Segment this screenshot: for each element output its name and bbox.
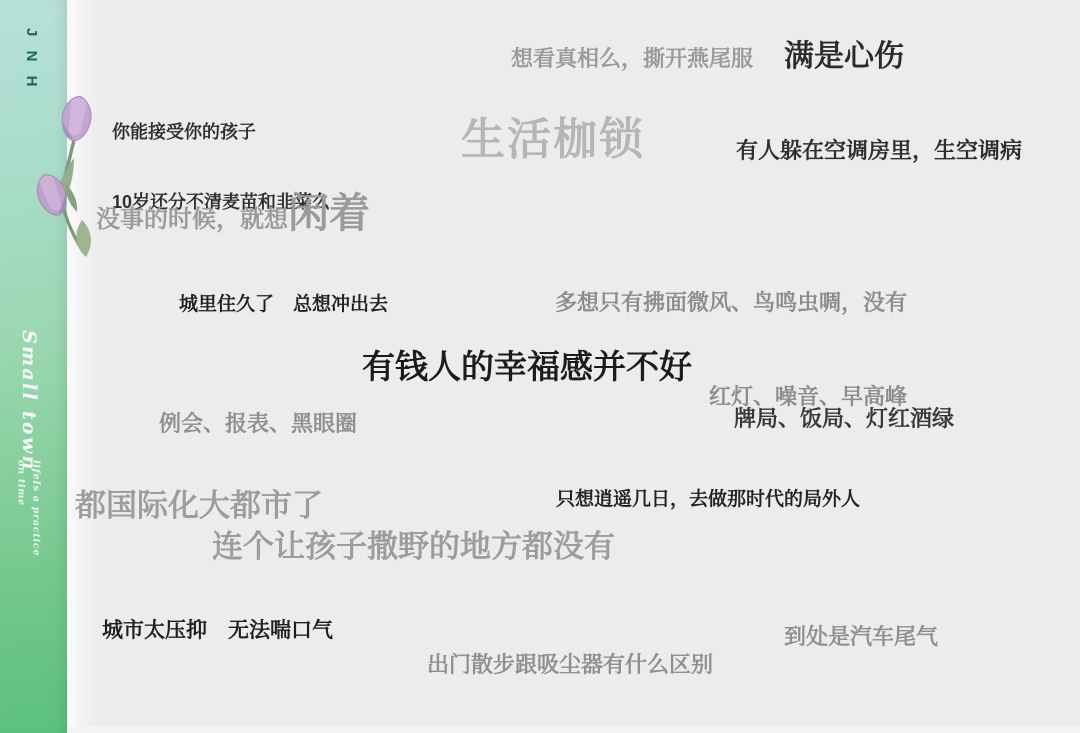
quote-idle-emphasis: 闲着 <box>288 190 370 236</box>
sidebar-title: Small town <box>18 330 40 472</box>
quote-rush-out: 城里住久了 总想冲出去 <box>179 294 388 317</box>
quote-meetings: 例会、报表、黑眼圈 <box>159 411 357 437</box>
tulip-flower-icon <box>22 94 112 258</box>
sidebar-tagline-line2: on time <box>13 460 28 556</box>
quote-idle-prefix: 没事的时候，就想 <box>96 206 288 233</box>
quote-idle: 没事的时候，就想闲着 <box>96 189 370 238</box>
quote-life-shackles: 生活枷锁 <box>461 114 645 167</box>
bottom-edge <box>67 726 1080 733</box>
quote-breeze-line1: 多想只有拂面微风、鸟鸣虫啁，没有 <box>505 287 907 318</box>
quote-heartbreak: 满是心伤 <box>784 39 904 75</box>
sidebar-tagline-line1: lifeIs a practice <box>28 460 43 556</box>
quote-nowhere-wild: 连个让孩子撒野的地方都没有 <box>212 528 615 565</box>
quote-kids-line1: 你能接受你的孩子 <box>112 121 330 144</box>
quote-aircon: 有人躲在空调房里，生空调病 <box>736 138 1022 164</box>
quote-outsider: 只想逍遥几日，去做那时代的局外人 <box>556 489 860 512</box>
quote-vacuum: 出门散步跟吸尘器有什么区别 <box>427 652 713 678</box>
quote-exhaust: 到处是汽车尾气 <box>784 624 938 650</box>
presentation-slide: JNH Small town lifeIs a practice on time… <box>0 0 1080 733</box>
quote-wealth-happiness: 有钱人的幸福感并不好 <box>362 347 692 387</box>
sidebar-tagline: lifeIs a practice on time <box>13 460 42 556</box>
quote-suffocating: 城市太压抑 无法喘口气 <box>102 618 333 643</box>
brand-logo-text: JNH <box>23 28 40 101</box>
quote-tailcoat: 想看真相么，撕开燕尾服 <box>511 46 753 72</box>
quote-metropolis: 都国际化大都市了 <box>75 487 323 524</box>
quote-banquets: 牌局、饭局、灯红酒绿 <box>734 406 954 432</box>
